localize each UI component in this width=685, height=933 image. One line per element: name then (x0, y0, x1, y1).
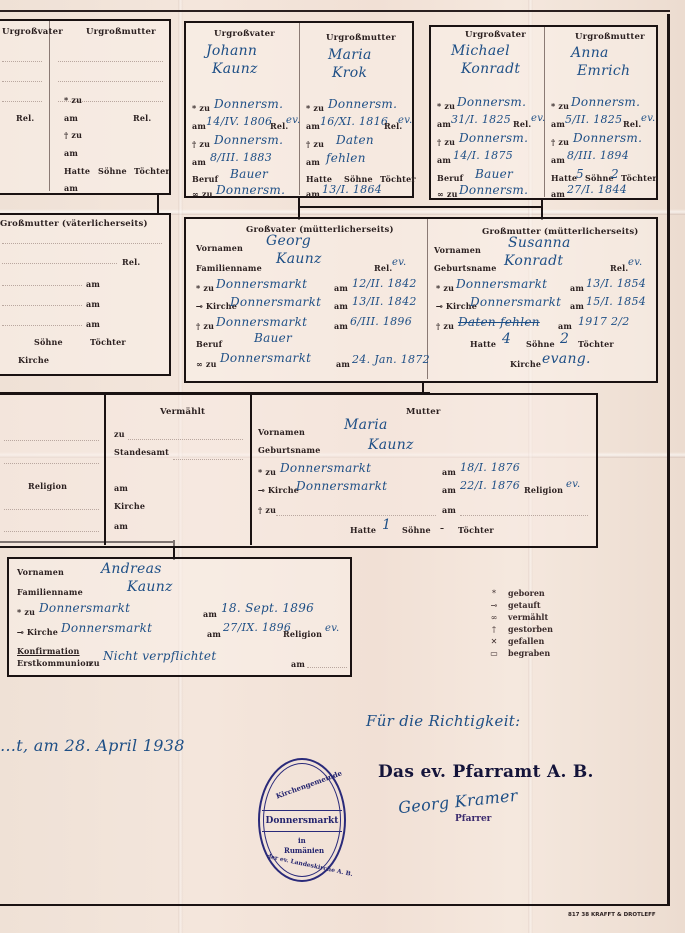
rel-value: ev. (392, 257, 406, 268)
rel-label: Rel. (610, 263, 628, 273)
soehne-label: Söhne (402, 525, 431, 535)
vorname-value: Georg (266, 233, 311, 249)
married-at-label: ∞ zu (192, 189, 213, 199)
baptized-at-value: Donnersmarkt (296, 479, 387, 493)
died-at-label: † zu (437, 137, 455, 147)
am-label: am (114, 521, 128, 531)
erstkommunion-label: Erstkommunion (17, 658, 92, 668)
legend-label: vermählt (508, 612, 548, 622)
born-on-value: 12/II. 1842 (352, 277, 417, 290)
died-at-label: † zu (258, 505, 276, 515)
beruf-label: Beruf (437, 173, 463, 183)
died-on-value: fehlen (326, 151, 366, 165)
grandparents-maternal-box: Großvater (mütterlicherseits) Vornamen G… (184, 217, 658, 383)
outer-frame-bottom (0, 904, 670, 906)
married-on-value: 27/I. 1844 (567, 183, 627, 196)
beruf-value: Bauer (475, 167, 513, 181)
married-at-value: Donnersmarkt (220, 351, 311, 365)
outer-frame-top (0, 10, 670, 12)
baptized-on-label: am (570, 301, 584, 311)
hatte-label: Hatte (470, 339, 496, 349)
died-at-label: † zu (196, 321, 214, 331)
soehne-label: Söhne (585, 173, 614, 183)
legend-symbol-icon: ⊸ (480, 601, 508, 610)
died-on-value: 8/III. 1883 (210, 151, 272, 164)
first-name: Michael (451, 43, 510, 59)
geburtsname-value: Konradt (504, 253, 563, 269)
married-on-value: 24. Jan. 1872 (352, 353, 430, 366)
born-on-value: 14/IV. 1806 (206, 115, 272, 128)
great-grandparents-konradt-box: Urgroßvater Michael Konradt * zu Donners… (429, 25, 658, 200)
soehne-count: 1 (382, 517, 391, 533)
printer-mark: 817 38 KRAFFT & DROTLEFF (568, 912, 656, 918)
beruf-value: Bauer (230, 167, 268, 181)
legend-symbol-icon: ✕ (480, 637, 508, 646)
first-name: Anna (571, 45, 609, 61)
born-on-value: 31/I. 1825 (451, 113, 511, 126)
died-at-label: † zu (192, 139, 210, 149)
baptized-on-label: am (207, 629, 221, 639)
died-on-label: am (192, 157, 206, 167)
seal-center: Donnersmarkt (262, 810, 342, 832)
col-header-urgrossmutter: Urgroßmutter (326, 33, 396, 43)
soehne-label: Söhne (34, 337, 63, 347)
born-at-value: Donnersm. (214, 97, 283, 111)
born-at-label: * zu (306, 103, 324, 113)
vorname-label: Vornamen (258, 427, 305, 437)
legend-label: begraben (508, 648, 550, 658)
soehne-label: Söhne (98, 166, 127, 176)
hatte-label: Hatte (350, 525, 376, 535)
baptized-on-label: am (334, 301, 348, 311)
standesamt-label: Standesamt (114, 447, 169, 457)
rel-label: Rel. (133, 113, 151, 123)
grandmother-paternal-box: Großmutter (väterlicherseits) Rel. am am… (0, 213, 171, 376)
familienname-value: Kaunz (127, 579, 173, 595)
konf-on-label: am (291, 659, 305, 669)
born-on-label: am (570, 283, 584, 293)
col-header-urgrossmutter: Urgroßmutter (86, 27, 156, 37)
died-at-label: † zu (306, 139, 324, 149)
vorname-label: Vornamen (196, 243, 243, 253)
legend-item-vermählt: ∞vermählt (480, 612, 548, 622)
kirche-label: Kirche (510, 359, 541, 369)
baptized-on-value: 15/I. 1854 (586, 295, 646, 308)
religion-value: ev. (325, 623, 339, 634)
toechter-count: 2 (560, 331, 569, 347)
beruf-value: Bauer (254, 331, 292, 345)
column-divider (104, 395, 106, 545)
vorname-value: Susanna (508, 235, 571, 251)
died-on-label: am (442, 505, 456, 515)
last-name: Kaunz (212, 61, 258, 77)
legend-label: gestorben (508, 624, 553, 634)
born-at-value: Donnersm. (328, 97, 397, 111)
married-on-label: am (336, 359, 350, 369)
last-name: Krok (332, 65, 367, 81)
seal-line2: Rumänien (284, 846, 324, 855)
kirche-value: evang. (542, 351, 591, 367)
konf-at-label: zu (89, 658, 100, 668)
geburtsname-label: Geburtsname (258, 445, 321, 455)
signature: Georg Kramer (397, 786, 518, 817)
vorname-label: Vornamen (17, 567, 64, 577)
born-on-label: am (551, 119, 565, 129)
married-on-label: am (306, 189, 320, 199)
legend-label: gefallen (508, 636, 544, 646)
familienname-value: Kaunz (276, 251, 322, 267)
column-divider (544, 27, 545, 197)
religion-label: Religion (524, 485, 563, 495)
col-header-urgrossvater: Urgroßvater (214, 29, 275, 39)
date-line: …t, am 28. April 1938 (0, 736, 185, 755)
toechter-label: Töchter (380, 174, 416, 184)
connector (298, 206, 543, 208)
baptized-at-value: Donnersmarkt (470, 295, 561, 309)
kirche-label: Kirche (18, 355, 49, 365)
header-mutter: Mutter (406, 407, 441, 417)
zu-label: zu (114, 429, 125, 439)
married-on-value: 13/I. 1864 (322, 183, 382, 196)
header-vermaehlt: Vermählt (160, 407, 205, 417)
born-on-value: 5/II. 1825 (565, 113, 622, 126)
born-at-label: * zu (551, 101, 569, 111)
column-divider (299, 23, 300, 195)
parents-box: Religion Vermählt zu Standesamt am Kirch… (0, 393, 598, 548)
baptized-on-value: 13/II. 1842 (352, 295, 417, 308)
born-on-value: 18. Sept. 1896 (221, 601, 314, 615)
toechter-label: Töchter (578, 339, 614, 349)
outer-frame-right (667, 14, 670, 904)
died-at-label: † zu (551, 137, 569, 147)
beruf-label: Beruf (196, 339, 222, 349)
married-at-value: Donnersm. (216, 183, 285, 197)
first-name: Johann (206, 43, 257, 59)
died-on-label: am (551, 155, 565, 165)
born-on-value: 16/XI. 1816 (320, 115, 388, 128)
parish-office-stamp: Das ev. Pfarramt A. B. (378, 762, 594, 782)
soehne-count: 5 (576, 167, 584, 181)
rel-value: ev. (398, 115, 412, 126)
baptized-on-label: am (442, 485, 456, 495)
legend-label: geboren (508, 588, 545, 598)
am-label: am (86, 319, 100, 329)
header-grossmutter-vaeterlicherseits: Großmutter (väterlicherseits) (0, 219, 148, 229)
toechter-count: 2 (611, 167, 619, 181)
born-at-value: Donnersmarkt (216, 277, 307, 291)
vorname-value: Andreas (101, 561, 162, 577)
first-name: Maria (328, 47, 372, 63)
baptized-at-label: ⊸ Kirche (258, 485, 299, 495)
rel-value: ev. (531, 113, 545, 124)
hatte-label: Hatte (64, 166, 90, 176)
legend-label: getauft (508, 600, 541, 610)
born-on-label: am (437, 119, 451, 129)
born-at-label: * zu (64, 95, 82, 105)
born-on-label: am (442, 467, 456, 477)
died-on-value: 6/III. 1896 (350, 315, 412, 328)
born-on-label: am (203, 609, 217, 619)
toechter-count: – (440, 523, 444, 533)
legend-item-gefallen: ✕gefallen (480, 636, 544, 646)
died-on-label: am (437, 155, 451, 165)
am-label: am (114, 483, 128, 493)
religion-value: ev. (566, 479, 580, 490)
born-on-label: am (64, 113, 78, 123)
great-grandparents-kaunz-box: Urgroßvater Johann Kaunz * zu Donnersm. … (184, 21, 414, 198)
signature-title: Pfarrer (455, 814, 491, 824)
soehne-count: 4 (502, 331, 511, 347)
rel-label: Rel. (623, 119, 641, 129)
died-at-value: Donnersm. (573, 131, 642, 145)
legend-symbol-icon: † (480, 625, 508, 634)
born-on-label: am (334, 283, 348, 293)
baptized-on-value: 27/IX. 1896 (223, 621, 291, 634)
rel-label: Rel. (122, 257, 140, 267)
died-at-value: Daten (336, 133, 374, 147)
died-at-label: † zu (64, 130, 82, 140)
born-at-label: * zu (436, 283, 454, 293)
baptized-at-value: Donnersmarkt (230, 295, 321, 309)
beruf-label: Beruf (192, 174, 218, 184)
died-at-label: † zu (436, 321, 454, 331)
legend-item-begraben: ▭begraben (480, 648, 550, 658)
am-label: am (86, 279, 100, 289)
legend-item-geboren: *geboren (480, 588, 545, 598)
born-at-label: * zu (192, 103, 210, 113)
married-at-label: ∞ zu (437, 189, 458, 199)
married-on-label: am (551, 189, 565, 199)
born-on-label: am (306, 121, 320, 131)
died-on-label: am (306, 157, 320, 167)
born-on-label: am (192, 121, 206, 131)
born-on-value: 18/I. 1876 (460, 461, 520, 474)
died-on-value: 8/III. 1894 (567, 149, 629, 162)
born-at-label: * zu (437, 101, 455, 111)
legend-item-gestorben: †gestorben (480, 624, 553, 634)
col-header-urgrossvater: Urgroßvater (2, 27, 63, 37)
baptized-at-value: Donnersmarkt (61, 621, 152, 635)
died-on-label: am (558, 321, 572, 331)
konfirmation-label: Konfirmation (17, 646, 80, 656)
kirche-label: Kirche (114, 501, 145, 511)
born-on-value: 13/I. 1854 (586, 277, 646, 290)
born-at-value: Donnersm. (457, 95, 526, 109)
toechter-label: Töchter (621, 173, 657, 183)
subject-box: Vornamen Andreas Familienname Kaunz * zu… (7, 557, 352, 677)
hatte-label: Hatte (551, 173, 577, 183)
died-on-label: am (64, 148, 78, 158)
vorname-value: Maria (344, 417, 388, 433)
born-at-label: * zu (17, 607, 35, 617)
born-at-value: Donnersmarkt (280, 461, 371, 475)
religion-label: Religion (283, 629, 322, 639)
died-on-label: am (334, 321, 348, 331)
legend-item-getauft: ⊸getauft (480, 600, 541, 610)
connector (157, 193, 159, 213)
vorname-label: Vornamen (434, 245, 481, 255)
col-header-urgrossmutter: Urgroßmutter (575, 32, 645, 42)
rel-label: Rel. (16, 113, 34, 123)
legend-symbol-icon: ∞ (480, 613, 508, 622)
last-name: Konradt (461, 61, 520, 77)
geburtsname-label: Geburtsname (434, 263, 497, 273)
certification-line: Für die Richtigkeit: (366, 712, 520, 730)
baptized-on-value: 22/I. 1876 (460, 479, 520, 492)
born-at-label: * zu (196, 283, 214, 293)
born-at-value: Donnersmarkt (456, 277, 547, 291)
born-at-value: Donnersm. (571, 95, 640, 109)
col-header-urgrossvater: Urgroßvater (465, 30, 526, 40)
column-divider (49, 21, 50, 191)
konf-at-value: Nicht verpflichtet (103, 649, 216, 663)
rel-value: ev. (628, 257, 642, 268)
toechter-label: Töchter (90, 337, 126, 347)
married-at-value: Donnersm. (459, 183, 528, 197)
column-divider (250, 395, 252, 545)
died-at-value: Donnersm. (459, 131, 528, 145)
rel-value: ev. (641, 113, 655, 124)
baptized-at-label: ⊸ Kirche (17, 627, 58, 637)
familienname-label: Familienname (196, 263, 262, 273)
am-label: am (86, 299, 100, 309)
religion-label: Religion (28, 481, 67, 491)
married-on-label: am (64, 183, 78, 193)
died-on-value: 14/I. 1875 (453, 149, 513, 162)
legend-symbol-icon: * (480, 589, 508, 598)
legend-symbol-icon: ▭ (480, 649, 508, 658)
seal-line1: in (298, 836, 306, 845)
familienname-label: Familienname (17, 587, 83, 597)
great-grandparents-paternal-box: Urgroßvater Urgroßmutter Rel. * zu am Re… (0, 19, 171, 195)
died-at-value: Donnersmarkt (216, 315, 307, 329)
rel-label: Rel. (374, 263, 392, 273)
died-at-value: Daten fehlen (458, 315, 540, 329)
rel-label: Rel. (513, 119, 531, 129)
born-at-value: Donnersmarkt (39, 601, 130, 615)
soehne-label: Söhne (526, 339, 555, 349)
married-at-label: ∞ zu (196, 359, 217, 369)
church-seal: Kirchengemeinde Donnersmarkt in Rumänien… (258, 758, 346, 882)
rel-value: ev. (286, 115, 300, 126)
born-at-label: * zu (258, 467, 276, 477)
died-at-value: Donnersm. (214, 133, 283, 147)
died-on-value: 1917 2/2 (578, 315, 630, 328)
toechter-label: Töchter (134, 166, 170, 176)
geburtsname-value: Kaunz (368, 437, 414, 453)
last-name: Emrich (577, 63, 630, 79)
toechter-label: Töchter (458, 525, 494, 535)
